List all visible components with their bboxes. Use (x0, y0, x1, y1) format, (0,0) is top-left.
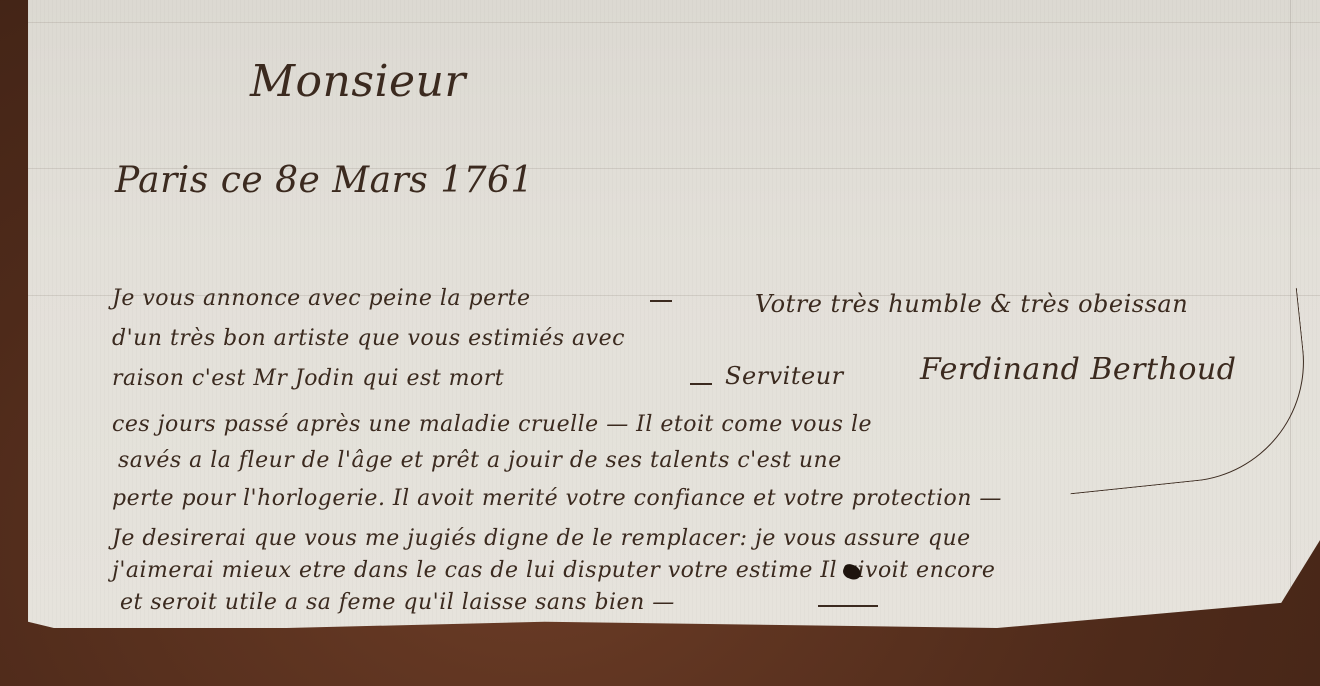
dateline: Paris ce 8e Mars 1761 (115, 160, 534, 201)
body-line: perte pour l'horlogerie. Il avoit merité… (112, 486, 1002, 511)
body-line: raison c'est Mr Jodin qui est mort (112, 366, 504, 391)
body-line: Je vous annonce avec peine la perte (112, 286, 530, 311)
line-dash (690, 383, 712, 385)
salutation: Monsieur (250, 56, 466, 107)
body-line: ces jours passé après une maladie cruell… (112, 412, 872, 437)
line-dash (818, 605, 878, 607)
closing-line: Serviteur (725, 362, 844, 390)
body-line: et seroit utile a sa feme qu'il laisse s… (120, 590, 675, 615)
body-line: savés a la fleur de l'âge et prêt a joui… (118, 448, 842, 473)
body-line: Je desirerai que vous me jugiés digne de… (112, 526, 971, 551)
body-line: j'aimerai mieux etre dans le cas de lui … (112, 558, 995, 583)
body-line: d'un très bon artiste que vous estimiés … (112, 326, 625, 351)
fold-line (28, 22, 1320, 23)
line-dash (650, 300, 672, 302)
